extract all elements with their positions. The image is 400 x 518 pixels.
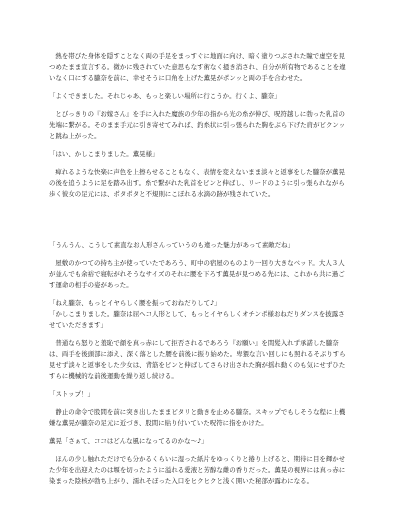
- narration-paragraph: とびっきりの『お嫁さん』を手に入れた魔族の少年の指から光の糸が伸び、呪符越しに勃…: [49, 109, 347, 142]
- narration-paragraph: ほんの少し触れただけでも分かるくらいに湿った紙片をゆっくりと捲り上げると、期待に…: [49, 454, 347, 487]
- narration-paragraph: 静止の命令で股間を前に突き出したままピタリと動きを止める朧奈。スキップでもしそう…: [49, 407, 347, 429]
- narration-paragraph: 熱を帯びた身体を隠すことなく両の手足をまっすぐに地面に向け、暗く塗りつぶされた瞳…: [49, 51, 347, 84]
- dialogue-line: 「ストップ！」: [49, 389, 347, 400]
- dialogue-line: 「ねえ朧奈、もっとイヤらしく腰を振っておねだりして♪」: [49, 298, 347, 309]
- dialogue-line: 「うんうん、こうして素直なお人形さんっていうのも違った魅力があって素敵だね」: [49, 240, 347, 251]
- dialogue-line: 「はい、かしこまりました。薫晃様」: [49, 149, 347, 160]
- dialogue-line: 薫晃「さぁて、ココはどんな風になってるのかな～♪」: [49, 436, 347, 447]
- dialogue-line: 「よくできました。それじゃあ、もっと楽しい場所に行こうか。行くよ、朧奈」: [49, 91, 347, 102]
- dialogue-line: 「かしこまりました。朧奈は屈ヘコ人形として、もっとイヤらしくオチンポ様おねだりダ…: [49, 309, 347, 331]
- section-break: [49, 200, 347, 240]
- narration-paragraph: 屋敷のかつての持ち主が使っていたであろう、町中の宿屋のものより一回り大きなベッド…: [49, 258, 347, 291]
- narration-paragraph: 普通なら怒りと羞恥で顔を真っ赤にして拒否されるであろう『お願い』を間髪入れず承諾…: [49, 338, 347, 382]
- narration-paragraph: 痺れるような快楽に声色を上擦らせることもなく、表情を変えないまま淡々と返事をした…: [49, 167, 347, 200]
- document-page: 熱を帯びた身体を隠すことなく両の手足をまっすぐに地面に向け、暗く塗りつぶされた瞳…: [49, 51, 347, 487]
